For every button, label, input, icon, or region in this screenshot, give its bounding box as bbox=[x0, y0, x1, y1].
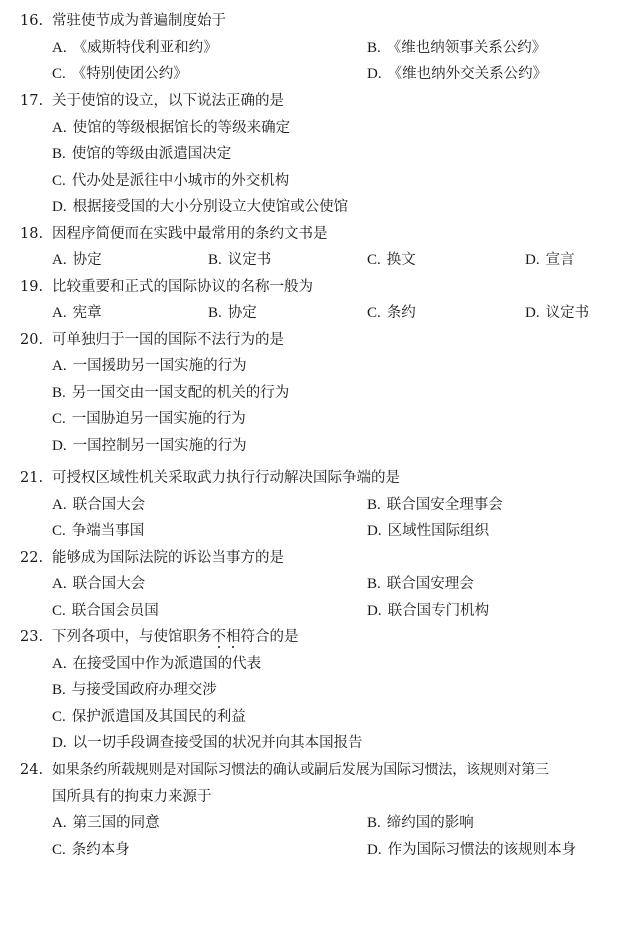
question-number: 20. bbox=[20, 327, 43, 353]
option-d: D.作为国际习惯法的该规则本身 bbox=[367, 837, 576, 863]
question-stem: 下列各项中，与使馆职务不相符合的是 bbox=[52, 624, 299, 650]
option-b: B.联合国安理会 bbox=[367, 571, 474, 597]
question-number: 16. bbox=[20, 8, 43, 34]
option-a: A.第三国的同意 bbox=[52, 810, 160, 836]
option-c: C.代办处是派往中小城市的外交机构 bbox=[52, 168, 289, 194]
question-number: 17. bbox=[20, 88, 43, 114]
option-b: B.议定书 bbox=[208, 247, 271, 273]
question-number: 19. bbox=[20, 274, 43, 300]
option-a: A.《威斯特伐利亚和约》 bbox=[52, 35, 218, 61]
option-b: B.联合国安全理事会 bbox=[367, 492, 503, 518]
option-c: C.换文 bbox=[367, 247, 416, 273]
option-a: A.联合国大会 bbox=[52, 492, 145, 518]
question-number: 24. bbox=[20, 757, 43, 783]
option-c: C.联合国会员国 bbox=[52, 598, 159, 624]
option-c: C.一国胁迫另一国实施的行为 bbox=[52, 406, 246, 432]
option-a: A.联合国大会 bbox=[52, 571, 145, 597]
option-d: D.根据接受国的大小分别设立大使馆或公使馆 bbox=[52, 194, 348, 220]
question-stem: 关于使馆的设立，以下说法正确的是 bbox=[52, 88, 284, 114]
option-b: B.另一国交由一国支配的机关的行为 bbox=[52, 380, 289, 406]
option-d: D.一国控制另一国实施的行为 bbox=[52, 433, 247, 459]
option-c: C.《特别使团公约》 bbox=[52, 61, 188, 87]
question-stem: 可授权区域性机关采取武力执行行动解决国际争端的是 bbox=[52, 465, 400, 491]
option-a: A.协定 bbox=[52, 247, 102, 273]
option-d: D.以一切手段调查接受国的状况并向其本国报告 bbox=[52, 730, 363, 756]
question-number: 18. bbox=[20, 221, 43, 247]
question-stem: 因程序简便而在实践中最常用的条约文书是 bbox=[52, 221, 328, 247]
option-b: B.使馆的等级由派遣国决定 bbox=[52, 141, 231, 167]
option-a: A.在接受国中作为派遣国的代表 bbox=[52, 651, 261, 677]
question-number: 22. bbox=[20, 545, 43, 571]
question-number: 23. bbox=[20, 624, 43, 650]
option-d: D.区域性国际组织 bbox=[367, 518, 489, 544]
emphasis-mark: 相 bbox=[226, 629, 241, 645]
question-stem: 如果条约所载规则是对国际习惯法的确认或嗣后发展为国际习惯法，该规则对第三 bbox=[52, 757, 549, 783]
option-c: C.保护派遣国及其国民的利益 bbox=[52, 704, 246, 730]
option-c: C.条约 bbox=[367, 300, 416, 326]
option-b: B.《维也纳领事关系公约》 bbox=[367, 35, 546, 61]
emphasis-mark: 不 bbox=[212, 629, 227, 645]
option-b: B.与接受国政府办理交涉 bbox=[52, 677, 217, 703]
option-a: A.宪章 bbox=[52, 300, 102, 326]
question-stem-continued: 国所具有的拘束力来源于 bbox=[52, 784, 212, 810]
question-stem: 能够成为国际法院的诉讼当事方的是 bbox=[52, 545, 284, 571]
question-number: 21. bbox=[20, 465, 43, 491]
option-c: C.争端当事国 bbox=[52, 518, 144, 544]
option-b: B.缔约国的影响 bbox=[367, 810, 474, 836]
option-d: D.议定书 bbox=[525, 300, 589, 326]
question-stem: 可单独归于一国的国际不法行为的是 bbox=[52, 327, 284, 353]
question-stem: 比较重要和正式的国际协议的名称一般为 bbox=[52, 274, 313, 300]
option-c: C.条约本身 bbox=[52, 837, 130, 863]
option-a: A.一国援助另一国实施的行为 bbox=[52, 353, 247, 379]
option-a: A.使馆的等级根据馆长的等级来确定 bbox=[52, 115, 290, 141]
option-d: D.联合国专门机构 bbox=[367, 598, 489, 624]
option-b: B.协定 bbox=[208, 300, 257, 326]
option-d: D.《维也纳外交关系公约》 bbox=[367, 61, 547, 87]
question-stem: 常驻使节成为普遍制度始于 bbox=[52, 8, 226, 34]
option-d: D.宣言 bbox=[525, 247, 575, 273]
